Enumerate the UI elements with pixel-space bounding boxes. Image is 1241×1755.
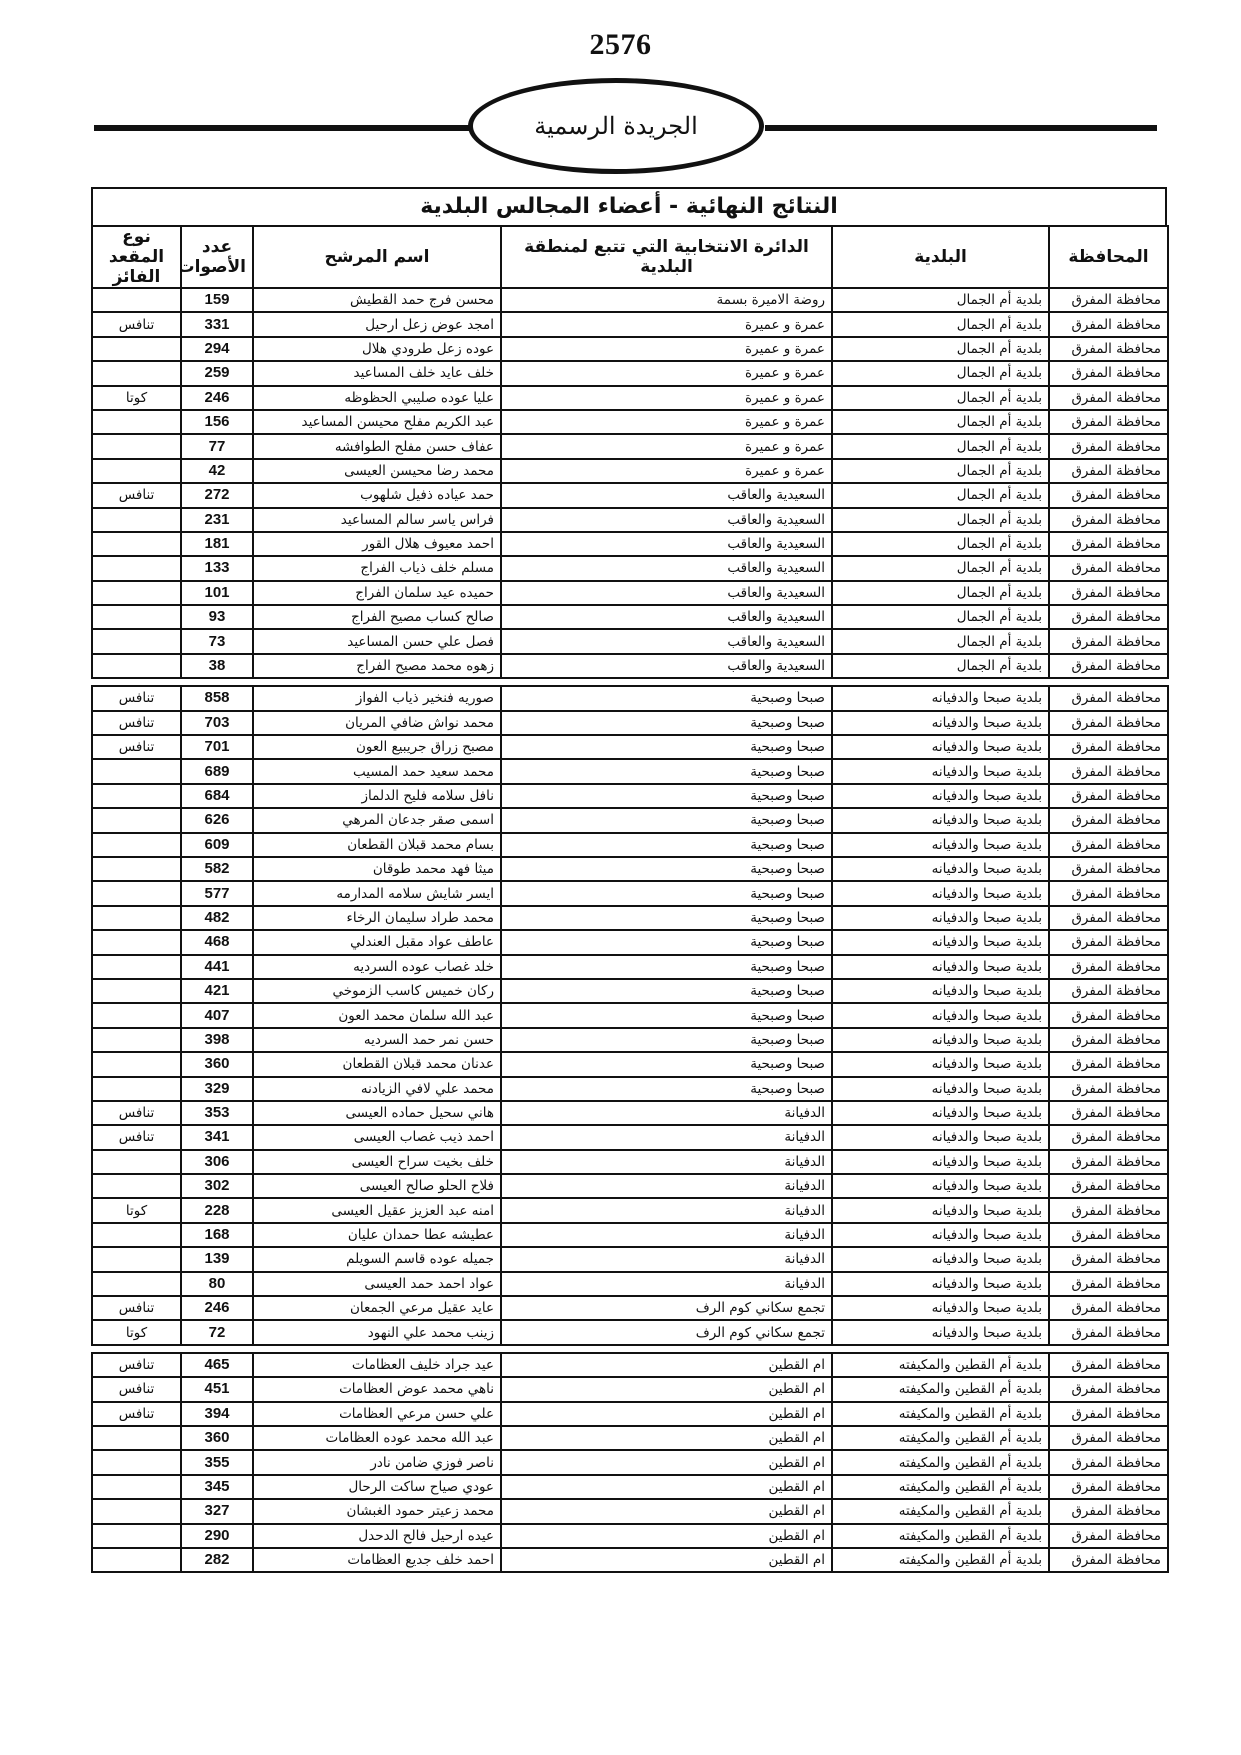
- candidate-cell: محمد سعيد حمد المسيب: [253, 759, 501, 783]
- governorate-cell: محافظة المفرق: [1049, 1548, 1168, 1572]
- votes-cell: 272: [181, 483, 253, 507]
- governorate-cell: محافظة المفرق: [1049, 556, 1168, 580]
- municipality-cell: بلدية أم القطين والمكيفته: [832, 1475, 1049, 1499]
- governorate-cell: محافظة المفرق: [1049, 629, 1168, 653]
- votes-cell: 159: [181, 288, 253, 312]
- table-row: محافظة المفرقبلدية صبحا والدفيانهصبحا وص…: [92, 881, 1168, 905]
- candidate-cell: خلف عايد خلف المساعيد: [253, 361, 501, 385]
- candidate-cell: محمد طراد سليمان الرخاء: [253, 906, 501, 930]
- votes-cell: 302: [181, 1174, 253, 1198]
- table-row: محافظة المفرقبلدية أم الجمالعمرة و عميرة…: [92, 361, 1168, 385]
- governorate-cell: محافظة المفرق: [1049, 459, 1168, 483]
- candidate-cell: فلاح الحلو صالح العيسى: [253, 1174, 501, 1198]
- district-cell: صبحا وصبحية: [501, 906, 832, 930]
- governorate-cell: محافظة المفرق: [1049, 881, 1168, 905]
- seat-type-cell: [92, 1077, 181, 1101]
- table-row: محافظة المفرقبلدية أم القطين والمكيفتهام…: [92, 1402, 1168, 1426]
- seat-type-cell: [92, 857, 181, 881]
- district-cell: الدفيانة: [501, 1247, 832, 1271]
- table-row: محافظة المفرقبلدية صبحا والدفيانهصبحا وص…: [92, 1003, 1168, 1027]
- municipality-cell: بلدية أم القطين والمكيفته: [832, 1353, 1049, 1377]
- governorate-cell: محافظة المفرق: [1049, 1524, 1168, 1548]
- candidate-cell: محمد زعيتر حمود الغبشان: [253, 1499, 501, 1523]
- governorate-cell: محافظة المفرق: [1049, 1450, 1168, 1474]
- municipality-cell: بلدية أم الجمال: [832, 434, 1049, 458]
- votes-cell: 441: [181, 955, 253, 979]
- district-cell: صبحا وصبحية: [501, 1077, 832, 1101]
- table-row: محافظة المفرقبلدية أم القطين والمكيفتهام…: [92, 1377, 1168, 1401]
- table-row: محافظة المفرقبلدية أم الجمالالسعيدية وال…: [92, 629, 1168, 653]
- table-row: محافظة المفرقبلدية أم الجمالالسعيدية وال…: [92, 532, 1168, 556]
- municipality-cell: بلدية صبحا والدفيانه: [832, 1052, 1049, 1076]
- district-cell: صبحا وصبحية: [501, 735, 832, 759]
- district-cell: صبحا وصبحية: [501, 930, 832, 954]
- seat-type-cell: [92, 654, 181, 678]
- municipality-cell: بلدية أم الجمال: [832, 556, 1049, 580]
- governorate-cell: محافظة المفرق: [1049, 654, 1168, 678]
- municipality-cell: بلدية أم القطين والمكيفته: [832, 1524, 1049, 1548]
- municipality-cell: بلدية أم القطين والمكيفته: [832, 1426, 1049, 1450]
- governorate-cell: محافظة المفرق: [1049, 483, 1168, 507]
- district-cell: صبحا وصبحية: [501, 833, 832, 857]
- table-row: محافظة المفرقبلدية أم الجمالعمرة و عميرة…: [92, 459, 1168, 483]
- district-cell: صبحا وصبحية: [501, 857, 832, 881]
- seat-type-cell: [92, 1450, 181, 1474]
- municipality-cell: بلدية صبحا والدفيانه: [832, 759, 1049, 783]
- governorate-cell: محافظة المفرق: [1049, 1003, 1168, 1027]
- governorate-cell: محافظة المفرق: [1049, 337, 1168, 361]
- governorate-cell: محافظة المفرق: [1049, 532, 1168, 556]
- seat-type-cell: [92, 784, 181, 808]
- seat-type-cell: [92, 1272, 181, 1296]
- table-row: محافظة المفرقبلدية صبحا والدفيانهصبحا وص…: [92, 906, 1168, 930]
- governorate-cell: محافظة المفرق: [1049, 979, 1168, 1003]
- table-row: محافظة المفرقبلدية أم القطين والمكيفتهام…: [92, 1475, 1168, 1499]
- candidate-cell: احمد معيوف هلال القور: [253, 532, 501, 556]
- governorate-cell: محافظة المفرق: [1049, 833, 1168, 857]
- governorate-cell: محافظة المفرق: [1049, 808, 1168, 832]
- district-cell: الدفيانة: [501, 1223, 832, 1247]
- candidate-cell: عيده ارحيل فالح الدحدل: [253, 1524, 501, 1548]
- col-header-municipality: البلدية: [832, 226, 1049, 288]
- table-row: محافظة المفرقبلدية صبحا والدفيانهصبحا وص…: [92, 1077, 1168, 1101]
- district-cell: عمرة و عميرة: [501, 312, 832, 336]
- table-row: محافظة المفرقبلدية صبحا والدفيانهالدفيان…: [92, 1150, 1168, 1174]
- district-cell: صبحا وصبحية: [501, 1028, 832, 1052]
- votes-cell: 609: [181, 833, 253, 857]
- governorate-cell: محافظة المفرق: [1049, 410, 1168, 434]
- votes-cell: 290: [181, 1524, 253, 1548]
- table-row: محافظة المفرقبلدية أم الجمالعمرة و عميرة…: [92, 410, 1168, 434]
- district-cell: الدفيانة: [501, 1198, 832, 1222]
- votes-cell: 72: [181, 1320, 253, 1344]
- municipality-cell: بلدية أم الجمال: [832, 654, 1049, 678]
- municipality-cell: بلدية صبحا والدفيانه: [832, 1198, 1049, 1222]
- votes-cell: 582: [181, 857, 253, 881]
- governorate-cell: محافظة المفرق: [1049, 1402, 1168, 1426]
- governorate-cell: محافظة المفرق: [1049, 1052, 1168, 1076]
- votes-cell: 482: [181, 906, 253, 930]
- votes-cell: 398: [181, 1028, 253, 1052]
- table-row: محافظة المفرقبلدية أم القطين والمكيفتهام…: [92, 1353, 1168, 1377]
- section-separator-cell: [92, 678, 1168, 686]
- governorate-cell: محافظة المفرق: [1049, 1320, 1168, 1344]
- district-cell: ام القطين: [501, 1499, 832, 1523]
- municipality-cell: بلدية أم الجمال: [832, 605, 1049, 629]
- district-cell: ام القطين: [501, 1377, 832, 1401]
- candidate-cell: عبد الله محمد عوده العظامات: [253, 1426, 501, 1450]
- district-cell: عمرة و عميرة: [501, 410, 832, 434]
- candidate-cell: عدنان محمد قبلان القطعان: [253, 1052, 501, 1076]
- candidate-cell: حمد عياده ذفيل شلهوب: [253, 483, 501, 507]
- table-row: محافظة المفرقبلدية صبحا والدفيانهصبحا وص…: [92, 686, 1168, 710]
- candidate-cell: محسن فرج حمد القطيش: [253, 288, 501, 312]
- table-row: محافظة المفرقبلدية أم الجمالالسعيدية وال…: [92, 654, 1168, 678]
- seat-type-cell: تنافس: [92, 1402, 181, 1426]
- district-cell: صبحا وصبحية: [501, 759, 832, 783]
- district-cell: السعيدية والعاقب: [501, 556, 832, 580]
- municipality-cell: بلدية صبحا والدفيانه: [832, 711, 1049, 735]
- municipality-cell: بلدية أم القطين والمكيفته: [832, 1377, 1049, 1401]
- table-title: النتائج النهائية - أعضاء المجالس البلدية: [91, 187, 1167, 225]
- table-row: محافظة المفرقبلدية صبحا والدفيانهالدفيان…: [92, 1174, 1168, 1198]
- table-row: محافظة المفرقبلدية صبحا والدفيانهصبحا وص…: [92, 857, 1168, 881]
- results-table-container: النتائج النهائية - أعضاء المجالس البلدية…: [91, 187, 1167, 1573]
- municipality-cell: بلدية صبحا والدفيانه: [832, 686, 1049, 710]
- municipality-cell: بلدية صبحا والدفيانه: [832, 735, 1049, 759]
- district-cell: ام القطين: [501, 1548, 832, 1572]
- candidate-cell: عيد جراد خليف العظامات: [253, 1353, 501, 1377]
- municipality-cell: بلدية أم الجمال: [832, 629, 1049, 653]
- table-row: محافظة المفرقبلدية صبحا والدفيانهالدفيان…: [92, 1247, 1168, 1271]
- governorate-cell: محافظة المفرق: [1049, 508, 1168, 532]
- col-header-candidate: اسم المرشح: [253, 226, 501, 288]
- table-row: محافظة المفرقبلدية صبحا والدفيانهالدفيان…: [92, 1198, 1168, 1222]
- governorate-cell: محافظة المفرق: [1049, 1475, 1168, 1499]
- governorate-cell: محافظة المفرق: [1049, 1174, 1168, 1198]
- governorate-cell: محافظة المفرق: [1049, 711, 1168, 735]
- governorate-cell: محافظة المفرق: [1049, 581, 1168, 605]
- table-row: محافظة المفرقبلدية صبحا والدفيانهصبحا وص…: [92, 1052, 1168, 1076]
- municipality-cell: بلدية صبحا والدفيانه: [832, 1247, 1049, 1271]
- votes-cell: 407: [181, 1003, 253, 1027]
- district-cell: عمرة و عميرة: [501, 386, 832, 410]
- candidate-cell: مصبح زراق جريبيع العون: [253, 735, 501, 759]
- seat-type-cell: [92, 1174, 181, 1198]
- district-cell: ام القطين: [501, 1426, 832, 1450]
- votes-cell: 306: [181, 1150, 253, 1174]
- municipality-cell: بلدية صبحا والدفيانه: [832, 833, 1049, 857]
- governorate-cell: محافظة المفرق: [1049, 857, 1168, 881]
- municipality-cell: بلدية صبحا والدفيانه: [832, 1320, 1049, 1344]
- candidate-cell: خلد غصاب عوده السرديه: [253, 955, 501, 979]
- table-row: محافظة المفرقبلدية أم القطين والمكيفتهام…: [92, 1450, 1168, 1474]
- municipality-cell: بلدية أم الجمال: [832, 459, 1049, 483]
- seat-type-cell: تنافس: [92, 1353, 181, 1377]
- candidate-cell: فراس ياسر سالم المساعيد: [253, 508, 501, 532]
- votes-cell: 577: [181, 881, 253, 905]
- municipality-cell: بلدية صبحا والدفيانه: [832, 1272, 1049, 1296]
- municipality-cell: بلدية صبحا والدفيانه: [832, 955, 1049, 979]
- seat-type-cell: [92, 1426, 181, 1450]
- seat-type-cell: تنافس: [92, 1296, 181, 1320]
- table-row: محافظة المفرقبلدية أم الجمالعمرة و عميرة…: [92, 434, 1168, 458]
- governorate-cell: محافظة المفرق: [1049, 1272, 1168, 1296]
- candidate-cell: اسمى صقر جدعان المرهي: [253, 808, 501, 832]
- seat-type-cell: [92, 1223, 181, 1247]
- votes-cell: 80: [181, 1272, 253, 1296]
- district-cell: السعيدية والعاقب: [501, 629, 832, 653]
- municipality-cell: بلدية أم الجمال: [832, 410, 1049, 434]
- candidate-cell: عايد عقيل مرعي الجمعان: [253, 1296, 501, 1320]
- municipality-cell: بلدية صبحا والدفيانه: [832, 1174, 1049, 1198]
- municipality-cell: بلدية أم القطين والمكيفته: [832, 1499, 1049, 1523]
- district-cell: روضة الاميرة بسمة: [501, 288, 832, 312]
- candidate-cell: عواد احمد حمد العيسى: [253, 1272, 501, 1296]
- governorate-cell: محافظة المفرق: [1049, 1125, 1168, 1149]
- district-cell: عمرة و عميرة: [501, 459, 832, 483]
- municipality-cell: بلدية صبحا والدفيانه: [832, 1101, 1049, 1125]
- col-header-seat-type: نوع المقعد الفائز: [92, 226, 181, 288]
- candidate-cell: عوده زعل طرودي هلال: [253, 337, 501, 361]
- municipality-cell: بلدية أم الجمال: [832, 337, 1049, 361]
- candidate-cell: احمد ذيب غصاب العيسى: [253, 1125, 501, 1149]
- governorate-cell: محافظة المفرق: [1049, 1077, 1168, 1101]
- municipality-cell: بلدية صبحا والدفيانه: [832, 1028, 1049, 1052]
- table-row: محافظة المفرقبلدية أم الجمالعمرة و عميرة…: [92, 337, 1168, 361]
- table-row: محافظة المفرقبلدية صبحا والدفيانهصبحا وص…: [92, 735, 1168, 759]
- seat-type-cell: [92, 288, 181, 312]
- municipality-cell: بلدية أم الجمال: [832, 508, 1049, 532]
- municipality-cell: بلدية صبحا والدفيانه: [832, 930, 1049, 954]
- table-row: محافظة المفرقبلدية صبحا والدفيانهصبحا وص…: [92, 711, 1168, 735]
- candidate-cell: محمد رضا محيسن العيسى: [253, 459, 501, 483]
- district-cell: السعيدية والعاقب: [501, 532, 832, 556]
- votes-cell: 282: [181, 1548, 253, 1572]
- page-number: 2576: [0, 28, 1241, 62]
- section-separator-cell: [92, 1345, 1168, 1353]
- seat-type-cell: [92, 881, 181, 905]
- votes-cell: 168: [181, 1223, 253, 1247]
- votes-cell: 77: [181, 434, 253, 458]
- table-row: محافظة المفرقبلدية أم الجمالعمرة و عميرة…: [92, 386, 1168, 410]
- seat-type-cell: [92, 1028, 181, 1052]
- votes-cell: 327: [181, 1499, 253, 1523]
- municipality-cell: بلدية صبحا والدفيانه: [832, 808, 1049, 832]
- municipality-cell: بلدية صبحا والدفيانه: [832, 1223, 1049, 1247]
- municipality-cell: بلدية أم الجمال: [832, 288, 1049, 312]
- governorate-cell: محافظة المفرق: [1049, 1353, 1168, 1377]
- table-row: محافظة المفرقبلدية أم الجمالالسعيدية وال…: [92, 556, 1168, 580]
- votes-cell: 421: [181, 979, 253, 1003]
- seat-type-cell: كوتا: [92, 1198, 181, 1222]
- candidate-cell: زينب محمد علي النهود: [253, 1320, 501, 1344]
- seat-type-cell: [92, 459, 181, 483]
- governorate-cell: محافظة المفرق: [1049, 1198, 1168, 1222]
- table-row: محافظة المفرقبلدية صبحا والدفيانهالدفيان…: [92, 1125, 1168, 1149]
- municipality-cell: بلدية أم الجمال: [832, 361, 1049, 385]
- votes-cell: 451: [181, 1377, 253, 1401]
- district-cell: صبحا وصبحية: [501, 979, 832, 1003]
- publication-oval: الجريدة الرسمية: [468, 78, 764, 174]
- seat-type-cell: تنافس: [92, 735, 181, 759]
- table-row: محافظة المفرقبلدية أم القطين والمكيفتهام…: [92, 1548, 1168, 1572]
- votes-cell: 231: [181, 508, 253, 532]
- district-cell: صبحا وصبحية: [501, 955, 832, 979]
- seat-type-cell: كوتا: [92, 1320, 181, 1344]
- municipality-cell: بلدية أم القطين والمكيفته: [832, 1548, 1049, 1572]
- seat-type-cell: [92, 434, 181, 458]
- candidate-cell: عاطف عواد مقبل العندلي: [253, 930, 501, 954]
- votes-cell: 345: [181, 1475, 253, 1499]
- table-row: محافظة المفرقبلدية صبحا والدفيانهصبحا وص…: [92, 1028, 1168, 1052]
- col-header-votes: عدد الأصوات: [181, 226, 253, 288]
- district-cell: السعيدية والعاقب: [501, 581, 832, 605]
- governorate-cell: محافظة المفرق: [1049, 686, 1168, 710]
- table-row: محافظة المفرقبلدية أم القطين والمكيفتهام…: [92, 1426, 1168, 1450]
- municipality-cell: بلدية أم الجمال: [832, 312, 1049, 336]
- municipality-cell: بلدية صبحا والدفيانه: [832, 979, 1049, 1003]
- district-cell: الدفيانة: [501, 1150, 832, 1174]
- table-row: محافظة المفرقبلدية صبحا والدفيانهصبحا وص…: [92, 784, 1168, 808]
- candidate-cell: علي حسن مرعي العظامات: [253, 1402, 501, 1426]
- governorate-cell: محافظة المفرق: [1049, 386, 1168, 410]
- candidate-cell: ناهي محمد عوض العظامات: [253, 1377, 501, 1401]
- candidate-cell: عبد الله سلمان محمد العون: [253, 1003, 501, 1027]
- governorate-cell: محافظة المفرق: [1049, 735, 1168, 759]
- district-cell: عمرة و عميرة: [501, 361, 832, 385]
- candidate-cell: هاني سحيل حماده العيسى: [253, 1101, 501, 1125]
- seat-type-cell: [92, 906, 181, 930]
- governorate-cell: محافظة المفرق: [1049, 906, 1168, 930]
- district-cell: صبحا وصبحية: [501, 1003, 832, 1027]
- district-cell: صبحا وصبحية: [501, 711, 832, 735]
- seat-type-cell: تنافس: [92, 312, 181, 336]
- candidate-cell: محمد علي لافي الزيادنه: [253, 1077, 501, 1101]
- candidate-cell: صوريه فنخير ذياب الفواز: [253, 686, 501, 710]
- votes-cell: 689: [181, 759, 253, 783]
- candidate-cell: عبد الكريم مفلح محيسن المساعيد: [253, 410, 501, 434]
- candidate-cell: جميله عوده قاسم السويلم: [253, 1247, 501, 1271]
- votes-cell: 42: [181, 459, 253, 483]
- table-row: محافظة المفرقبلدية صبحا والدفيانهصبحا وص…: [92, 979, 1168, 1003]
- governorate-cell: محافظة المفرق: [1049, 955, 1168, 979]
- municipality-cell: بلدية صبحا والدفيانه: [832, 906, 1049, 930]
- municipality-cell: بلدية صبحا والدفيانه: [832, 881, 1049, 905]
- candidate-cell: ناصر فوزي ضامن نادر: [253, 1450, 501, 1474]
- votes-cell: 355: [181, 1450, 253, 1474]
- header-rule-left: [94, 125, 474, 131]
- district-cell: السعيدية والعاقب: [501, 508, 832, 532]
- seat-type-cell: [92, 1003, 181, 1027]
- district-cell: عمرة و عميرة: [501, 434, 832, 458]
- district-cell: ام القطين: [501, 1524, 832, 1548]
- district-cell: تجمع سكاني كوم الرف: [501, 1296, 832, 1320]
- votes-cell: 294: [181, 337, 253, 361]
- governorate-cell: محافظة المفرق: [1049, 1426, 1168, 1450]
- table-body: محافظة المفرقبلدية أم الجمالروضة الاميرة…: [92, 288, 1168, 1572]
- governorate-cell: محافظة المفرق: [1049, 1247, 1168, 1271]
- seat-type-cell: [92, 605, 181, 629]
- table-row: محافظة المفرقبلدية أم الجمالالسعيدية وال…: [92, 581, 1168, 605]
- votes-cell: 259: [181, 361, 253, 385]
- table-row: محافظة المفرقبلدية أم القطين والمكيفتهام…: [92, 1499, 1168, 1523]
- district-cell: الدفيانة: [501, 1125, 832, 1149]
- governorate-cell: محافظة المفرق: [1049, 930, 1168, 954]
- governorate-cell: محافظة المفرق: [1049, 605, 1168, 629]
- seat-type-cell: [92, 955, 181, 979]
- section-separator: [92, 1345, 1168, 1353]
- seat-type-cell: [92, 337, 181, 361]
- votes-cell: 394: [181, 1402, 253, 1426]
- votes-cell: 156: [181, 410, 253, 434]
- district-cell: السعيدية والعاقب: [501, 654, 832, 678]
- votes-cell: 360: [181, 1052, 253, 1076]
- col-header-district: الدائرة الانتخابية التي تتبع لمنطقة البل…: [501, 226, 832, 288]
- votes-cell: 228: [181, 1198, 253, 1222]
- table-row: محافظة المفرقبلدية أم الجمالالسعيدية وال…: [92, 508, 1168, 532]
- header-rule-right: [765, 125, 1157, 131]
- governorate-cell: محافظة المفرق: [1049, 1101, 1168, 1125]
- votes-cell: 139: [181, 1247, 253, 1271]
- section-separator: [92, 678, 1168, 686]
- seat-type-cell: تنافس: [92, 686, 181, 710]
- candidate-cell: عليا عوده صليبي الحظوظه: [253, 386, 501, 410]
- seat-type-cell: تنافس: [92, 711, 181, 735]
- table-row: محافظة المفرقبلدية أم الجمالالسعيدية وال…: [92, 605, 1168, 629]
- votes-cell: 38: [181, 654, 253, 678]
- votes-cell: 703: [181, 711, 253, 735]
- votes-cell: 246: [181, 1296, 253, 1320]
- votes-cell: 468: [181, 930, 253, 954]
- candidate-cell: احمد خلف جديع العظامات: [253, 1548, 501, 1572]
- seat-type-cell: [92, 979, 181, 1003]
- votes-cell: 353: [181, 1101, 253, 1125]
- table-row: محافظة المفرقبلدية صبحا والدفيانهتجمع سك…: [92, 1296, 1168, 1320]
- municipality-cell: بلدية أم الجمال: [832, 581, 1049, 605]
- seat-type-cell: [92, 1524, 181, 1548]
- municipality-cell: بلدية أم القطين والمكيفته: [832, 1402, 1049, 1426]
- votes-cell: 101: [181, 581, 253, 605]
- table-row: محافظة المفرقبلدية صبحا والدفيانهصبحا وص…: [92, 808, 1168, 832]
- governorate-cell: محافظة المفرق: [1049, 288, 1168, 312]
- governorate-cell: محافظة المفرق: [1049, 1377, 1168, 1401]
- seat-type-cell: [92, 556, 181, 580]
- district-cell: صبحا وصبحية: [501, 784, 832, 808]
- votes-cell: 701: [181, 735, 253, 759]
- district-cell: الدفيانة: [501, 1174, 832, 1198]
- votes-cell: 341: [181, 1125, 253, 1149]
- votes-cell: 181: [181, 532, 253, 556]
- seat-type-cell: [92, 410, 181, 434]
- seat-type-cell: [92, 532, 181, 556]
- municipality-cell: بلدية أم الجمال: [832, 483, 1049, 507]
- candidate-cell: امجد عوض زعل ارحيل: [253, 312, 501, 336]
- municipality-cell: بلدية صبحا والدفيانه: [832, 1003, 1049, 1027]
- candidate-cell: حميده عيد سلمان الفراج: [253, 581, 501, 605]
- candidate-cell: مسلم خلف ذياب الفراج: [253, 556, 501, 580]
- district-cell: صبحا وصبحية: [501, 686, 832, 710]
- table-row: محافظة المفرقبلدية أم الجمالعمرة و عميرة…: [92, 312, 1168, 336]
- votes-cell: 465: [181, 1353, 253, 1377]
- district-cell: تجمع سكاني كوم الرف: [501, 1320, 832, 1344]
- district-cell: الدفيانة: [501, 1272, 832, 1296]
- col-header-governorate: المحافظة: [1049, 226, 1168, 288]
- seat-type-cell: [92, 833, 181, 857]
- table-row: محافظة المفرقبلدية صبحا والدفيانهصبحا وص…: [92, 955, 1168, 979]
- district-cell: السعيدية والعاقب: [501, 483, 832, 507]
- district-cell: الدفيانة: [501, 1101, 832, 1125]
